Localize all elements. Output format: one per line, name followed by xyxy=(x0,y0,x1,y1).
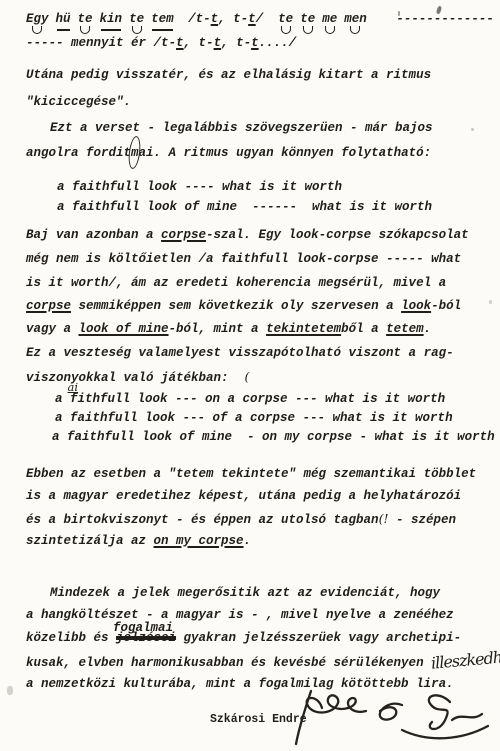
para-baj-line-1: Baj van azonban a corpse-szal. Egy look-… xyxy=(26,228,469,243)
para-baj-line-7: viszonyokkal való játékban: ( xyxy=(26,369,249,386)
scan-speckle xyxy=(7,686,13,695)
breve-mark-icon xyxy=(132,26,142,34)
para-ebben-line-1: Ebben az esetben a "tetem tekintete" még… xyxy=(26,467,476,482)
scan-speckle xyxy=(398,11,400,16)
para-mindezek-line-3: közelibb és fogalmaijelzései gyakran jel… xyxy=(26,631,461,646)
breve-mark-icon xyxy=(350,26,360,34)
text-segment: ( xyxy=(229,369,250,384)
text-segment: semmiképpen sem következik oly szervesen… xyxy=(71,299,401,313)
para-utana-line-1: Utána pedig visszatér, és az elhalásig k… xyxy=(26,68,431,83)
breve-mark-icon xyxy=(303,26,313,34)
long-mark-icon xyxy=(152,29,173,31)
text-segment: Ezt a verset - legalábbis szövegszerüen … xyxy=(50,121,433,135)
scansion-unit: me xyxy=(322,12,337,34)
scansion-unit: te xyxy=(278,12,293,34)
text-segment: Utána pedig visszatér, és az elhalásig k… xyxy=(26,68,431,82)
text-segment: /t- xyxy=(181,12,211,26)
text-segment: ------------- xyxy=(374,12,494,26)
text-segment: viszonyokkal való játékban: xyxy=(26,371,229,385)
text-segment: t xyxy=(214,36,222,50)
text-segment: look xyxy=(401,299,431,313)
text-segment: a hangköltészet - a magyar is - , mivel … xyxy=(26,608,454,622)
long-mark-icon xyxy=(101,29,122,31)
scansion-unit: te xyxy=(300,12,315,34)
text-segment: vagy a xyxy=(26,322,79,336)
breve-mark-icon xyxy=(80,26,90,34)
scansion-unit: Egy xyxy=(26,12,49,34)
text-segment: . xyxy=(244,534,252,548)
text-segment: a faithfull look of mine - on my corpse … xyxy=(52,430,495,444)
text-segment: on my corpse xyxy=(154,534,244,548)
text-segment: , t- xyxy=(218,12,248,26)
document-page: Egyhütekintetem /t-t, t-t/ tetememen ---… xyxy=(0,0,500,751)
text-segment: tekintetem xyxy=(266,322,341,336)
text-segment: m xyxy=(131,146,139,161)
text-segment: ----- mennyit ér /t- xyxy=(26,36,176,50)
para-mindezek-line-2: a hangköltészet - a magyar is - , mivel … xyxy=(26,608,454,623)
text-segment: t xyxy=(211,12,219,26)
verse-en-line-2: a faithfull look of mine ------ what is … xyxy=(57,200,432,215)
text-segment: illeszkedhet xyxy=(430,648,500,670)
verse-en-line-1: a faithfull look ---- what is it worth xyxy=(57,180,342,195)
text-segment: ből a xyxy=(341,322,386,336)
para-ebben-line-2: is a magyar eredetihez képest, utána ped… xyxy=(26,489,461,504)
scansion-unit: men xyxy=(344,12,367,34)
text-segment: . xyxy=(424,322,432,336)
para-baj-line-6: Ez a veszteség valamelyest visszapótolha… xyxy=(26,346,454,361)
text-segment: fogalmaijelzései xyxy=(116,631,176,646)
para-ebben-line-3: és a birtokviszonyt - és éppen az utolsó… xyxy=(26,511,456,528)
text-segment: ..../ xyxy=(259,36,297,50)
text-segment: a faithfull look of mine ------ what is … xyxy=(57,200,432,214)
text-segment: kusak, elvben harmonikusabban és kevésbé… xyxy=(26,656,431,670)
text-segment: ithfull look --- on a corpse --- what is… xyxy=(78,392,446,406)
scansion-unit: hü xyxy=(56,12,71,31)
scansion-line: Egyhütekintetem /t-t, t-t/ tetememen ---… xyxy=(26,12,494,34)
text-segment: look of mine xyxy=(79,322,169,336)
text-segment: (! xyxy=(379,511,389,526)
scansion-unit: te xyxy=(129,12,144,34)
para-baj-line-5: vagy a look of mine-ból, mint a tekintet… xyxy=(26,322,431,337)
text-segment: t xyxy=(176,36,184,50)
text-segment: még nem is költőietlen /a faithfull look… xyxy=(26,252,461,266)
text-segment: a faithfull look --- of a corpse --- wha… xyxy=(55,411,453,425)
text-segment: Ez a veszteség valamelyest visszapótolha… xyxy=(26,346,454,360)
text-segment: Ebben az esetben a "tetem tekintete" még… xyxy=(26,467,476,481)
breve-mark-icon xyxy=(325,26,335,34)
text-segment: - szépen xyxy=(388,513,456,527)
text-segment: szintetizálja az xyxy=(26,534,154,548)
para-ebben-line-4: szintetizálja az on my corpse. xyxy=(26,534,251,549)
breve-mark-icon xyxy=(32,26,42,34)
scansion-unit: tem xyxy=(151,12,174,31)
text-segment: Baj van azonban a xyxy=(26,228,161,242)
scansion-line-2: ----- mennyit ér /t-t, t-t, t-t..../ xyxy=(26,36,296,51)
para-mindezek-line-4: kusak, elvben harmonikusabban és kevésbé… xyxy=(26,653,500,671)
text-segment: -ból xyxy=(431,299,461,313)
text-segment: is it worth/, ám az eredeti koherencia m… xyxy=(26,276,446,290)
scansion-unit: te xyxy=(78,12,93,34)
text-segment: angolra fordit xyxy=(26,146,131,160)
text-segment: t xyxy=(251,36,259,50)
verse-en2-line-1: a faiithfull look --- on a corpse --- wh… xyxy=(55,391,445,407)
text-segment: / xyxy=(256,12,279,26)
text-segment: a faithfull look ---- what is it worth xyxy=(57,180,342,194)
text-segment: Mindezek a jelek megerősitik azt az evid… xyxy=(50,586,440,600)
verse-en2-line-2: a faithfull look --- of a corpse --- wha… xyxy=(55,411,453,426)
verse-en2-line-3: a faithfull look of mine - on my corpse … xyxy=(52,430,495,445)
text-segment: , t- xyxy=(221,36,251,50)
text-segment: "kiciccegése". xyxy=(26,95,131,109)
para-ezt-line-1: Ezt a verset - legalábbis szövegszerüen … xyxy=(50,121,433,136)
text-segment: és a birtokviszonyt - és éppen az utolsó… xyxy=(26,513,379,527)
signature xyxy=(284,688,496,748)
para-baj-line-2: még nem is költőietlen /a faithfull look… xyxy=(26,252,461,267)
para-baj-line-3: is it worth/, ám az eredeti koherencia m… xyxy=(26,276,446,291)
breve-mark-icon xyxy=(281,26,291,34)
para-mindezek-line-1: Mindezek a jelek megerősitik azt az evid… xyxy=(50,586,440,601)
text-segment: tetem xyxy=(386,322,424,336)
para-utana-line-2: "kiciccegése". xyxy=(26,95,131,110)
text-segment: ai. A ritmus ugyan könnyen folytatható: xyxy=(139,146,432,160)
scan-speckle xyxy=(489,300,492,304)
text-segment: t xyxy=(248,12,256,26)
para-baj-line-4: corpse semmiképpen sem következik oly sz… xyxy=(26,299,461,314)
text-segment: -ból, mint a xyxy=(169,322,267,336)
text-segment: közelibb és xyxy=(26,631,116,645)
text-segment: is a magyar eredetihez képest, utána ped… xyxy=(26,489,461,503)
scan-speckle xyxy=(471,128,474,131)
text-segment: a f xyxy=(55,392,78,406)
scansion-unit: kin xyxy=(100,12,123,31)
text-segment: corpse xyxy=(161,228,206,242)
long-mark-icon xyxy=(57,29,70,31)
text-segment: -szal. Egy look-corpse szókapcsolat xyxy=(206,228,469,242)
para-ezt-line-2: angolra forditmai. A ritmus ugyan könnye… xyxy=(26,146,431,161)
text-segment: , t- xyxy=(184,36,214,50)
text-segment: corpse xyxy=(26,299,71,313)
text-segment: gyakran jelzésszerüek vagy archetipi- xyxy=(176,631,461,645)
